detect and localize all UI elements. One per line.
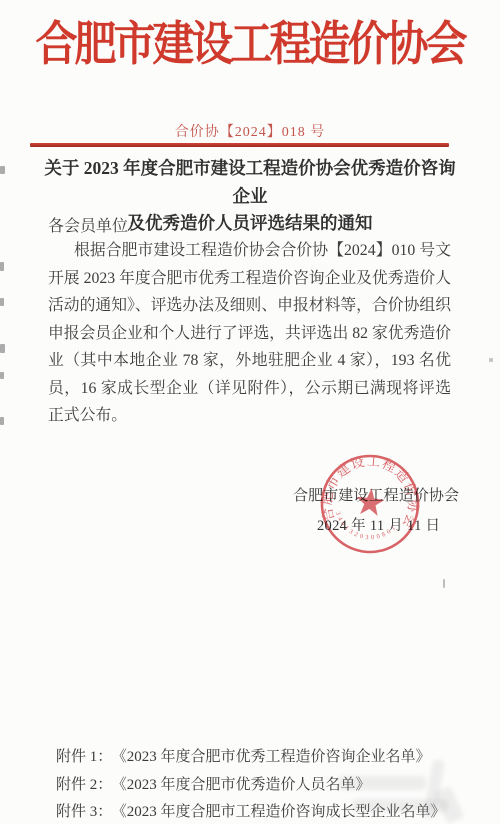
bleed-through-mark [352,799,448,812]
scan-artifact [0,372,4,379]
scan-artifact [0,417,4,425]
attachment-label: 附件 3： [56,804,112,820]
body-line: 业（其中本地企业 78 家，外地驻肥企业 4 家），193 名优秀造价人 [48,347,451,375]
body-line: 员，16 家成长型企业（详见附件），公示期已满现将评选结果予以 [48,375,451,403]
attachment-title: 《2023 年度合肥市优秀造价人员名单》 [119,777,370,793]
seal-star-icon [355,487,386,517]
doc-number: 合价协【2024】018 号 [0,121,500,141]
notice-title-line-1: 关于 2023 年度合肥市建设工程造价协会优秀造价咨询企业 [40,155,460,210]
body-paragraph: 根据合肥市建设工程造价协会合价协【2024】010 号文《关于 开展 2023 … [48,237,451,430]
attachment-title: 《2023 年度合肥市优秀工程造价咨询企业名单》 [119,749,430,765]
letterhead-org-title: 合肥市建设工程造价协会 [0,6,500,84]
salutation: 各会员单位： [48,213,144,236]
red-divider-rule [30,143,449,147]
body-line: 正式公布。 [48,402,451,430]
official-seal: 合肥市建设工程造价协会 3401320300861 [300,434,441,575]
body-line: 申报会员企业和个人进行了评选，共评选出 82 家优秀造价咨询企 [48,320,451,348]
scan-artifact [0,166,5,174]
body-line: 根据合肥市建设工程造价协会合价协【2024】010 号文《关于 [48,237,451,265]
attachment-label: 附件 1： [56,749,112,765]
attachment-label: 附件 2： [56,777,112,793]
scan-artifact [0,344,5,353]
body-line: 开展 2023 年度合肥市优秀工程造价咨询企业及优秀造价人员评选 [48,265,451,293]
scan-artifact [443,579,445,588]
scan-artifact [0,262,4,271]
scan-artifact [0,298,4,306]
scan-artifact [489,358,493,362]
body-line: 活动的通知》、评选办法及细则、申报材料等，合价协组织专家对 [48,292,451,320]
attachment-row: 附件 1：《2023 年度合肥市优秀工程造价咨询企业名单》 [56,744,446,772]
bleed-through-mark [338,776,426,790]
seal-code-text: 3401320300861 [331,510,400,544]
